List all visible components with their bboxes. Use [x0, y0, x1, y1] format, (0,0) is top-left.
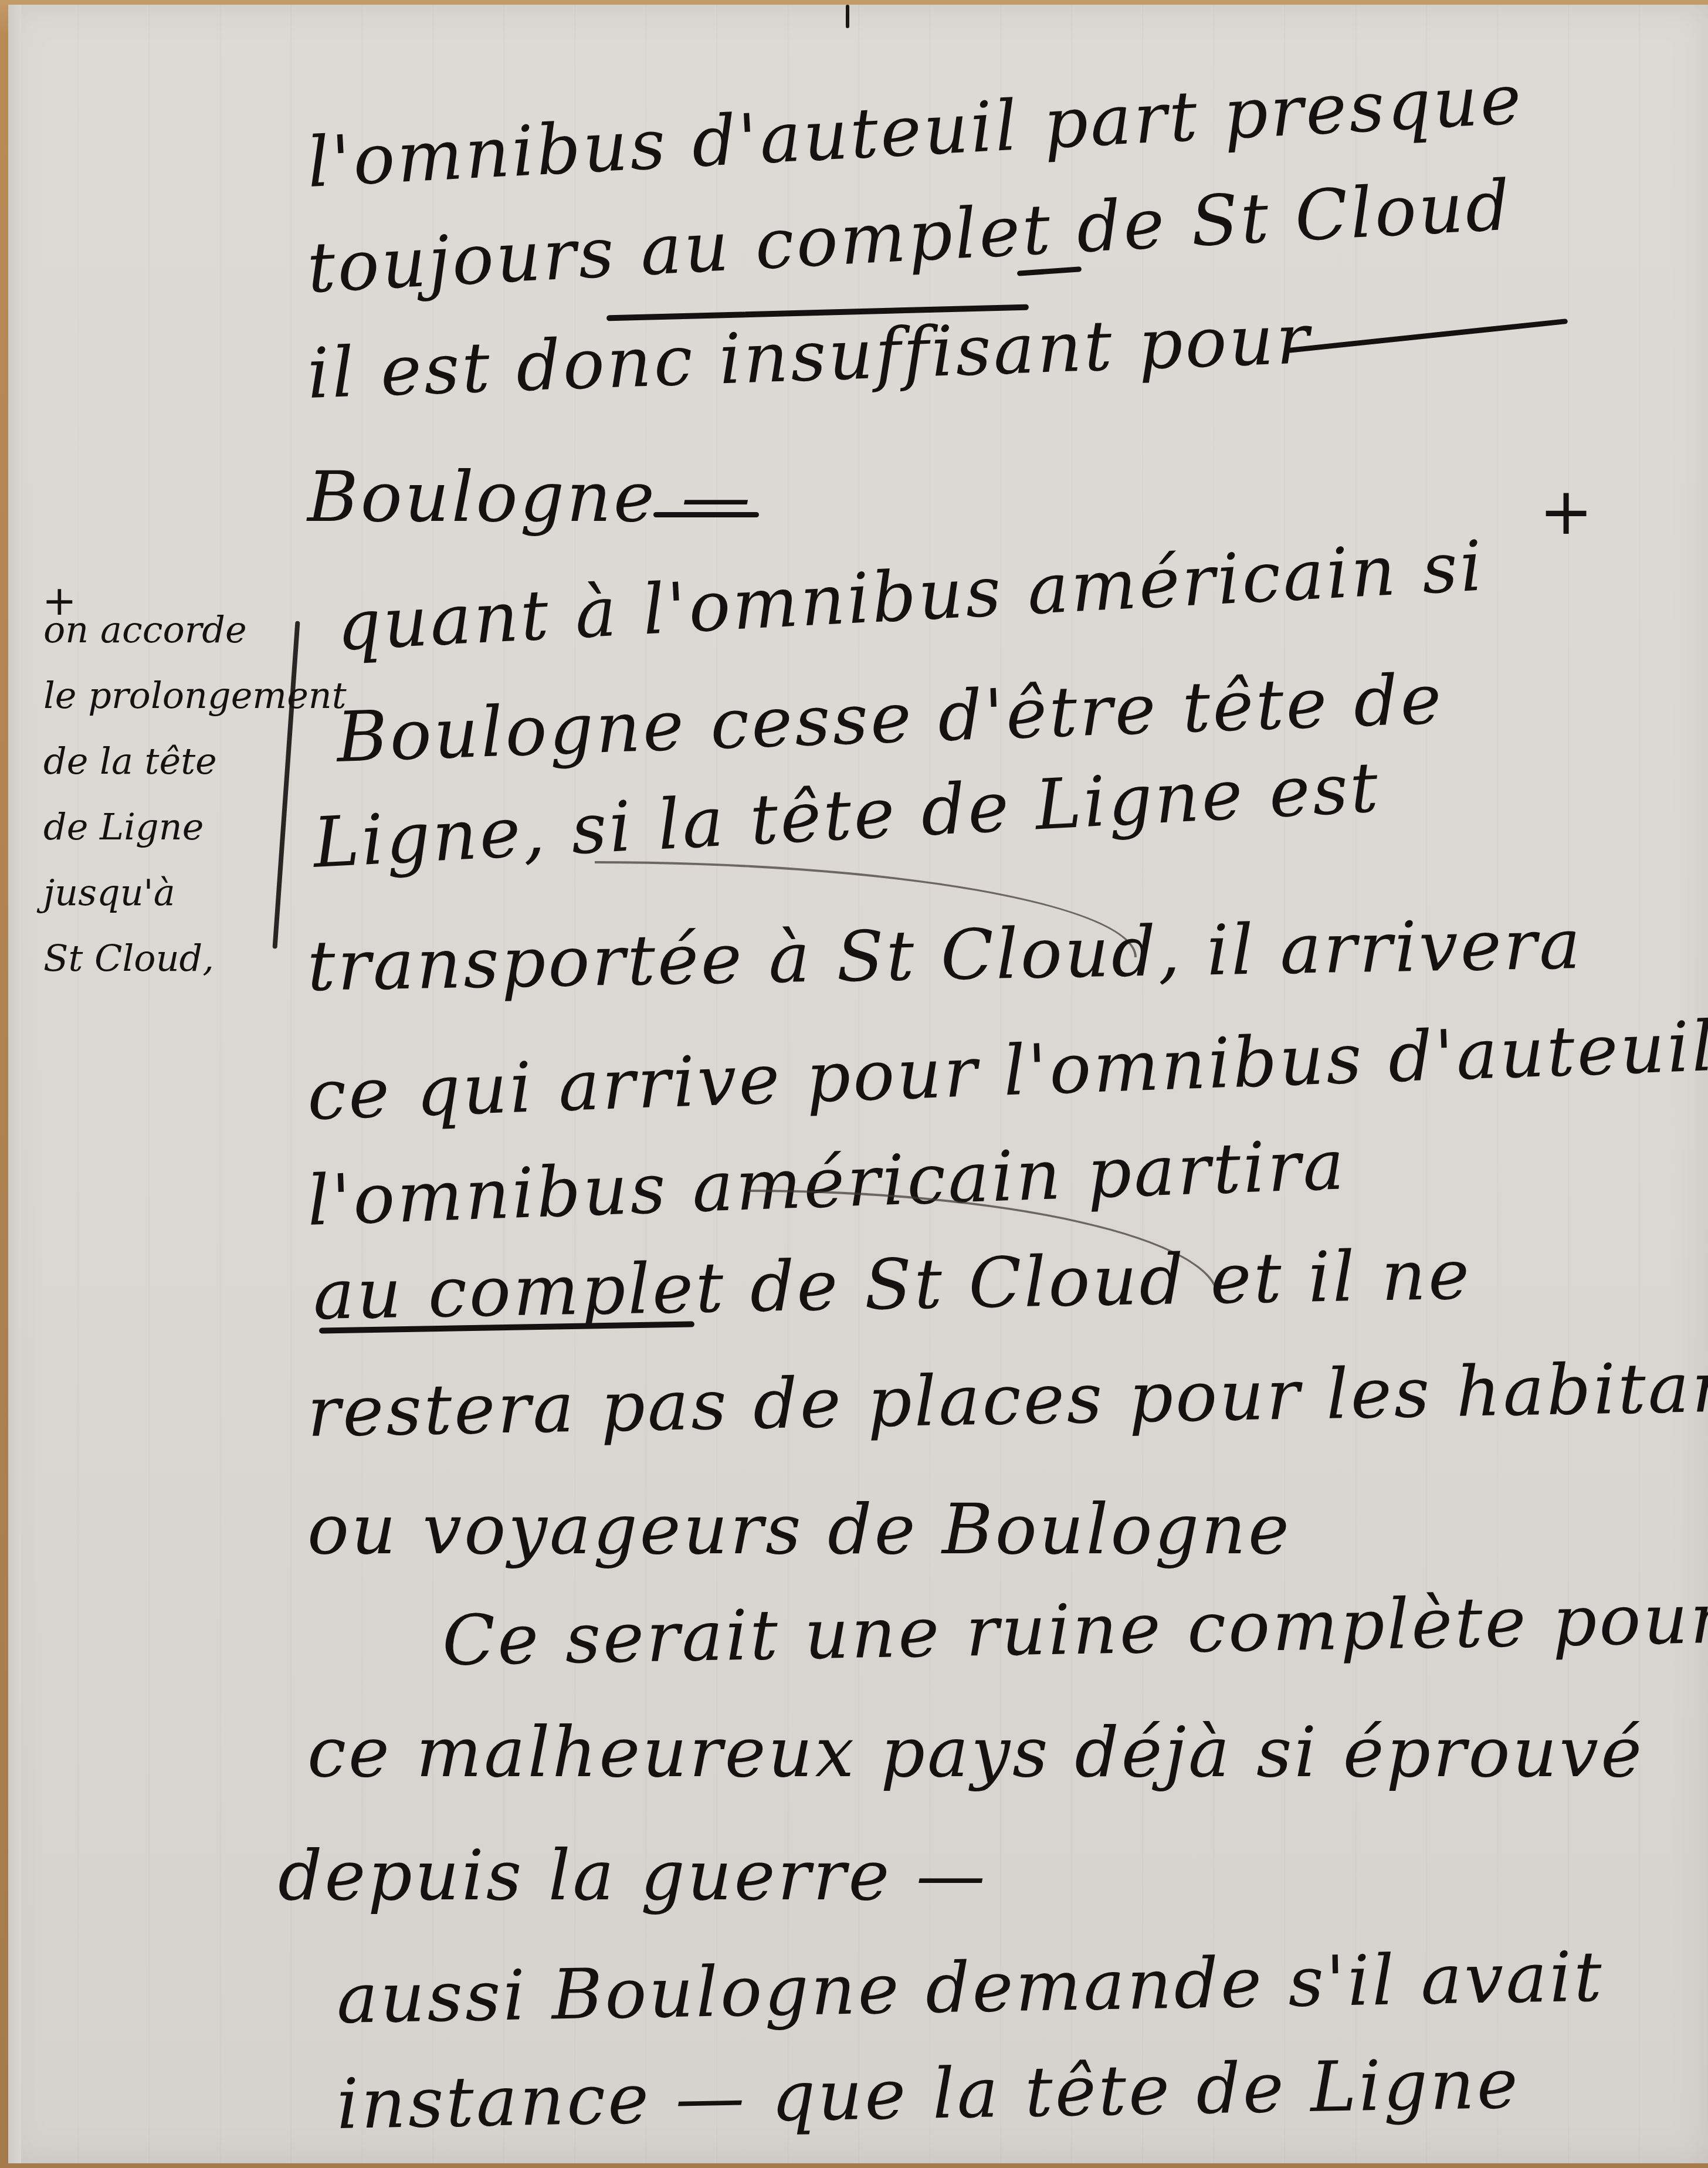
text-line-9: ce qui arrive pour l'omnibus d'auteuil, — [306, 1005, 1708, 1136]
text-line-13: ou voyageurs de Boulogne — [307, 1489, 1292, 1570]
text-line-8: transportée à St Cloud, il arrivera — [307, 903, 1584, 1007]
margin-line-3: de la tête — [43, 729, 319, 794]
line-end-flourish — [1287, 319, 1568, 353]
text-line-12: restera pas de places pour les habitants — [307, 1345, 1708, 1452]
em-dash — [653, 512, 759, 517]
text-line-18: instance — que la tête de Ligne — [336, 2043, 1521, 2145]
text-line-14: Ce serait une ruine complète pour — [442, 1578, 1708, 1681]
text-line-17: aussi Boulogne demande s'il avait — [336, 1936, 1605, 2039]
text-line-3: il est donc insuffisant pour — [306, 298, 1313, 414]
insert-plus-mark: + — [1539, 474, 1593, 549]
text-line-15: ce malheureux pays déjà si éprouvé — [307, 1712, 1644, 1793]
margin-line-1: on accorde — [43, 597, 319, 663]
manuscript-photo: l'omnibus d'auteuil part presque toujour… — [0, 0, 1708, 2168]
text-line-16: depuis la guerre — — [278, 1835, 988, 1916]
text-line-5: quant à l'omnibus américain si — [334, 526, 1486, 666]
paper-torn-edge — [8, 5, 21, 2163]
text-line-11: au complet de St Cloud et il ne — [313, 1234, 1472, 1335]
margin-line-4: de Ligne — [43, 794, 319, 860]
margin-line-2: le prolongement — [43, 663, 319, 729]
paper-sheet: l'omnibus d'auteuil part presque toujour… — [8, 5, 1708, 2163]
text-line-4: Boulogne — — [307, 456, 753, 537]
ink-tick-mark — [846, 5, 849, 28]
